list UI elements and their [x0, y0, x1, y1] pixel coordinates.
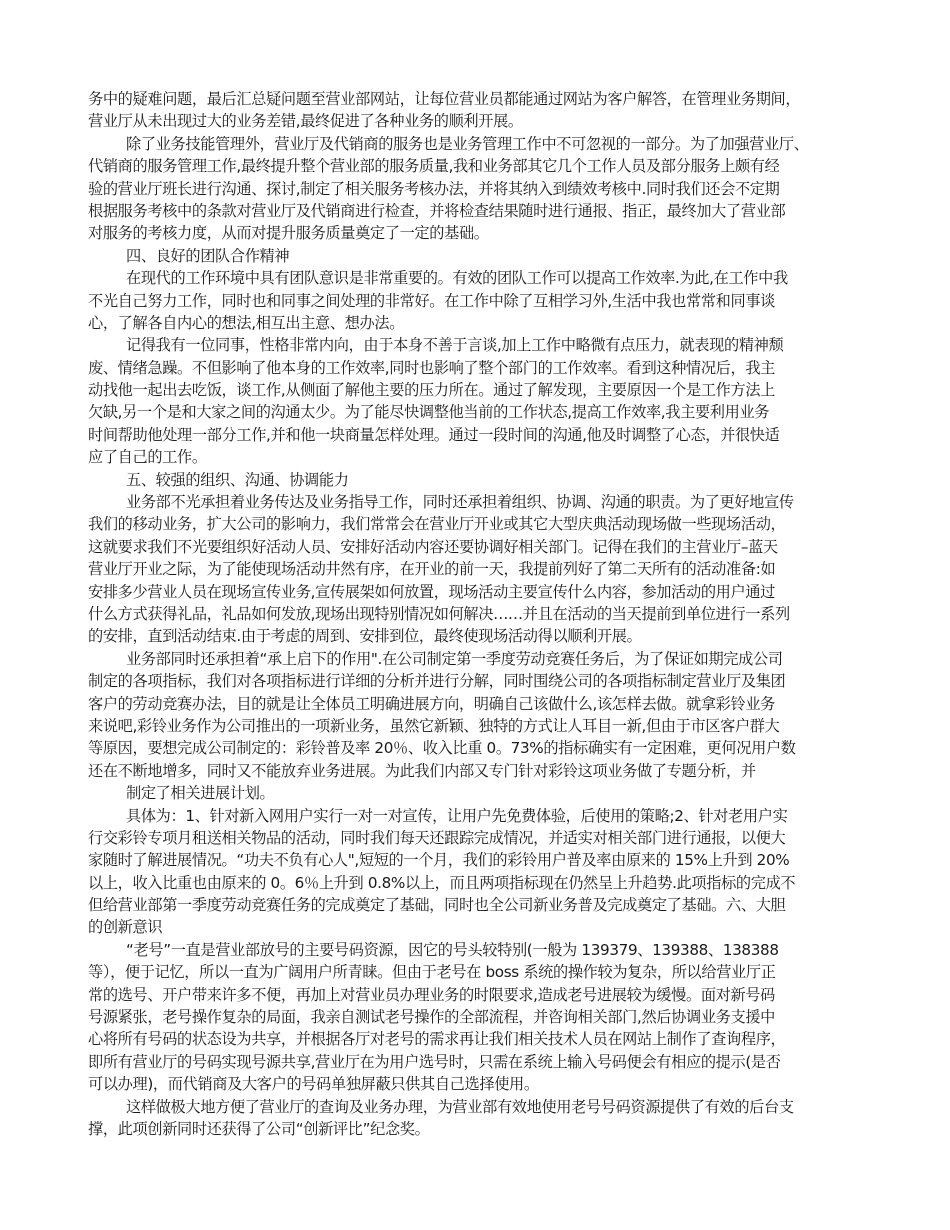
text-line: 制定了相关进展计划。: [88, 782, 868, 804]
text-line: 制定的各项指标，我们对各项指标进行详细的分析并进行分解，同时围绕公司的各项指标制…: [88, 670, 868, 692]
text-line: 常的选号、开户带来许多不便，再加上对营业员办理业务的时限要求,造成老号进展较为缓…: [88, 984, 868, 1006]
text-line: 代销商的服务管理工作,最终提升整个营业部的服务质量,我和业务部其它几个工作人员及…: [88, 155, 868, 177]
text-line: 动找他一起出去吃饭，谈工作,从侧面了解他主要的压力所在。通过了解发现，主要原因一…: [88, 379, 868, 401]
text-line: 废、情绪急躁。不但影响了他本身的工作效率,同时也影响了整个部门的工作效率。看到这…: [88, 357, 868, 379]
text-line: 业务部不光承担着业务传达及业务指导工作，同时还承担着组织、协调、沟通的职责。为了…: [88, 491, 868, 513]
text-line: 记得我有一位同事，性格非常内向，由于本身不善于言谈,加上工作中略微有点压力，就表…: [88, 334, 868, 356]
text-line: “老号”一直是营业部放号的主要号码资源，因它的号头较特别(一般为 139379、…: [88, 939, 868, 961]
text-line: 可以办理)，而代销商及大客户的号码单独屏蔽只供其自己选择使用。: [88, 1073, 868, 1095]
document-page: 务中的疑难问题，最后汇总疑问题至营业部网站，让每位营业员都能通过网站为客户解答，…: [88, 88, 868, 1140]
text-line: 行交彩铃专项月租送相关物品的活动，同时我们每天还跟踪完成情况，并适实对相关部门进…: [88, 827, 868, 849]
text-line: 以上，收入比重也由原来的 0。6％上升到 0.8%以上，而且两项指标现在仍然呈上…: [88, 872, 868, 894]
text-line: 等原因，要想完成公司制定的：彩铃普及率 20％、收入比重 0。73%的指标确实有…: [88, 737, 868, 759]
text-line: 来说吧,彩铃业务作为公司推出的一项新业务，虽然它新颖、独特的方式让人耳目一新,但…: [88, 715, 868, 737]
text-line: 对服务的考核力度，从而对提升服务质量奠定了一定的基础。: [88, 222, 868, 244]
text-line: 的创新意识: [88, 916, 868, 938]
text-line: 但给营业部第一季度劳动竞赛任务的完成奠定了基础，同时也全公司新业务普及完成奠定了…: [88, 894, 868, 916]
text-line: 还在不断地增多，同时又不能放弃业务进展。为此我们内部又专门针对彩铃这项业务做了专…: [88, 760, 868, 782]
text-line: 心将所有号码的状态设为共享，并根据各厅对老号的需求再让我们相关技术人员在网站上制…: [88, 1028, 868, 1050]
text-line: 营业厅从未出现过大的业务差错,最终促进了各种业务的顺利开展。: [88, 110, 868, 132]
text-line: 验的营业厅班长进行沟通、探讨,制定了相关服务考核办法，并将其纳入到绩效考核中.同…: [88, 178, 868, 200]
text-line: 什么方式获得礼品，礼品如何发放,现场出现特别情况如何解决……并且在活动的当天提前…: [88, 603, 868, 625]
text-line: 这样做极大地方便了营业厅的查询及业务办理，为营业部有效地使用老号号码资源提供了有…: [88, 1096, 868, 1118]
text-line: 等），便于记忆，所以一直为广阔用户所青睐。但由于老号在 boss 系统的操作较为…: [88, 961, 868, 983]
text-line: 务中的疑难问题，最后汇总疑问题至营业部网站，让每位营业员都能通过网站为客户解答，…: [88, 88, 868, 110]
text-line: 营业厅开业之际，为了能使现场活动井然有序，在开业的前一天，我提前列好了第二天所有…: [88, 558, 868, 580]
text-line: 五、较强的组织、沟通、协调能力: [88, 469, 868, 491]
text-line: 撑，此项创新同时还获得了公司“创新评比”纪念奖。: [88, 1118, 868, 1140]
text-line: 不光自己努力工作，同时也和同事之间处理的非常好。在工作中除了互相学习外,生活中我…: [88, 290, 868, 312]
text-line: 这就要求我们不光要组织好活动人员、安排好活动内容还要协调好相关部门。记得在我们的…: [88, 536, 868, 558]
text-line: 时间帮助他处理一部分工作,并和他一块商量怎样处理。通过一段时间的沟通,他及时调整…: [88, 424, 868, 446]
text-line: 应了自己的工作。: [88, 446, 868, 468]
text-line: 除了业务技能管理外，营业厅及代销商的服务也是业务管理工作中不可忽视的一部分。为了…: [88, 133, 868, 155]
text-line: 客户的劳动竞赛办法，目的就是让全体员工明确进展方向，明确自己该做什么,该怎样去做…: [88, 693, 868, 715]
text-line: 心，了解各自内心的想法,相互出主意、想办法。: [88, 312, 868, 334]
text-line: 我们的移动业务，扩大公司的影响力，我们常常会在营业厅开业或其它大型庆典活动现场做…: [88, 513, 868, 535]
text-line: 根据服务考核中的条款对营业厅及代销商进行检查，并将检查结果随时进行通报、指正，最…: [88, 200, 868, 222]
text-line: 安排多少营业人员在现场宣传业务,宣传展架如何放置，现场活动主要宣传什么内容，参加…: [88, 581, 868, 603]
text-line: 具体为：1、针对新入网用户实行一对一对宣传，让用户先免费体验，后使用的策略;2、…: [88, 805, 868, 827]
text-line: 家随时了解进展情况。“功夫不负有心人",短短的一个月，我们的彩铃用户普及率由原来…: [88, 849, 868, 871]
text-line: 业务部同时还承担着“承上启下的作用".在公司制定第一季度劳动竞赛任务后，为了保证…: [88, 648, 868, 670]
text-line: 号源紧张，老号操作复杂的局面，我亲自测试老号操作的全部流程，并咨询相关部门,然后…: [88, 1006, 868, 1028]
text-line: 四、良好的团队合作精神: [88, 245, 868, 267]
text-line: 的安排，直到活动结束.由于考虑的周到、安排到位，最终使现场活动得以顺利开展。: [88, 625, 868, 647]
text-line: 即所有营业厅的号码实现号源共享,营业厅在为用户选号时，只需在系统上输入号码便会有…: [88, 1051, 868, 1073]
text-line: 欠缺,另一个是和大家之间的沟通太少。为了能尽快调整他当前的工作状态,提高工作效率…: [88, 401, 868, 423]
text-line: 在现代的工作环境中具有团队意识是非常重要的。有效的团队工作可以提高工作效率.为此…: [88, 267, 868, 289]
